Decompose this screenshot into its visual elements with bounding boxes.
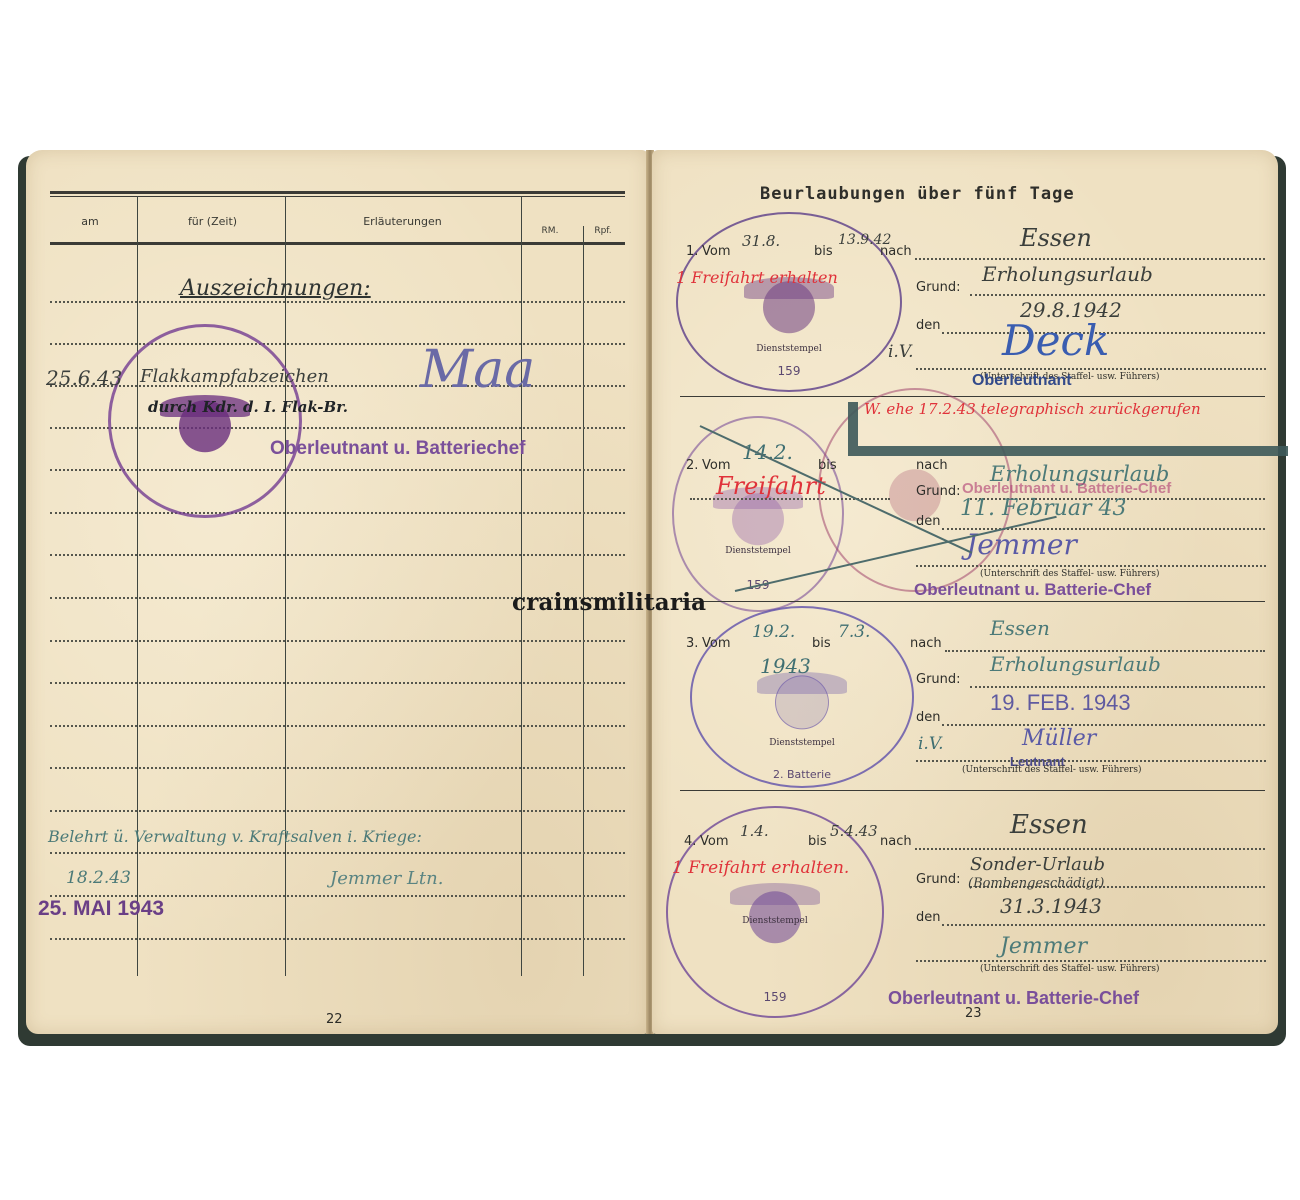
entry-2-signature-line (916, 565, 1266, 567)
entry-2-signature-caption: (Unterschrift des Staffel- usw. Führers) (980, 569, 1159, 579)
entry-1-signature-line (916, 368, 1266, 370)
entry-separator (680, 396, 1265, 397)
entry-2-grund-label: Grund: (916, 484, 961, 499)
entry-3-vom-label: Vom (702, 636, 731, 651)
entry-3-iv: i.V. (918, 734, 944, 754)
entry-4-signature-caption: (Unterschrift des Staffel- usw. Führers) (980, 964, 1159, 974)
stamp-number: 159 (678, 364, 900, 378)
entry-4-bis-label: bis (808, 834, 827, 849)
watermark: crainsmilitaria (512, 589, 706, 616)
entry-1-destination: Essen (1020, 224, 1092, 252)
entry-3-den-label: den (916, 710, 941, 725)
entry-3-grund-label: Grund: (916, 672, 961, 687)
header-rule-top (50, 191, 625, 194)
service-stamp-3: Dienststempel 2. Batterie (690, 606, 914, 788)
entry-3-vom-value: 19.2. (752, 622, 795, 642)
table-row (50, 640, 625, 642)
entry-1-red-note: 1 Freifahrt erhalten (676, 268, 838, 287)
stamp-caption: Dienststempel (668, 916, 882, 926)
entry-2-index: 2. (686, 458, 698, 473)
table-row (50, 938, 625, 940)
column-divider (285, 196, 286, 976)
entry-4-bis-value: 5.4.43 (830, 822, 878, 840)
page-number-right: 23 (965, 1006, 982, 1021)
entry-3-date-stamp: 19. FEB. 1943 (990, 690, 1131, 716)
entry-3-grund-line (970, 686, 1265, 688)
column-header-am: am (60, 215, 120, 228)
page-title: Beurlaubungen über fünf Tage (760, 184, 1075, 204)
entry-3-bis-label: bis (812, 636, 831, 651)
instruction-date: 18.2.43 (66, 868, 131, 888)
swastika-wreath-icon (763, 281, 815, 333)
instruction-note: Belehrt ü. Verwaltung v. Kraftsalven i. … (48, 827, 422, 846)
entry-4-nach-label: nach (880, 834, 912, 849)
award-authority: durch Kdr. d. I. Flak-Br. (148, 398, 348, 416)
stamp-caption: Dienststempel (678, 344, 900, 354)
column-header-fuer-zeit: für (Zeit) (140, 215, 285, 228)
entry-3-year: 1943 (760, 654, 811, 678)
entry-4-den-label: den (916, 910, 941, 925)
table-row (50, 810, 625, 812)
entry-1-nach-label: nach (880, 244, 912, 259)
entry-3-destination: Essen (990, 616, 1050, 640)
entry-1-den-label: den (916, 318, 941, 333)
entry-1-index: 1. (686, 244, 698, 259)
entry-3-den-line (942, 724, 1265, 726)
table-row (50, 554, 625, 556)
entry-1-bis-label: bis (814, 244, 833, 259)
column-header-erlaeuterungen: Erläuterungen (285, 215, 520, 228)
column-header-rm: RM. (520, 226, 580, 236)
stamp-number: 159 (668, 990, 882, 1004)
date-stamp: 25. MAI 1943 (38, 897, 164, 921)
column-divider (137, 196, 138, 976)
awards-heading: Auszeichnungen: (180, 276, 371, 301)
entry-1-vom-label: Vom (702, 244, 731, 259)
officer-signature: Maa (420, 340, 535, 400)
entry-2-date: 11. Februar 43 (960, 496, 1126, 521)
award-date: 25.6.43 (46, 366, 122, 390)
entry-4-index: 4. (684, 834, 696, 849)
entry-4-reason: Sonder-Urlaub (970, 854, 1105, 875)
entry-4-signature: Jemmer (1000, 934, 1087, 959)
entry-3-nach-label: nach (910, 636, 942, 651)
entry-2-vom-label: Vom (702, 458, 731, 473)
entry-2-rank: Oberleutnant u. Batterie-Chef (914, 580, 1151, 600)
table-row (50, 682, 625, 684)
entry-separator (680, 601, 1265, 602)
entry-3-signature: Müller (1022, 726, 1096, 751)
entry-1-iv: i.V. (888, 342, 914, 362)
entry-4-vom-value: 1.4. (740, 822, 769, 840)
instruction-signature: Jemmer Ltn. (330, 868, 443, 889)
entry-4-reason-detail: (Bombengeschädigt) (968, 876, 1104, 891)
column-header-rpf: Rpf. (583, 226, 623, 236)
entry-1-signature: Deck (1002, 316, 1110, 365)
swastika-wreath-icon (775, 675, 829, 729)
entry-4-destination: Essen (1010, 810, 1088, 840)
column-divider (521, 196, 522, 976)
entry-4-den-line (942, 924, 1265, 926)
entry-3-bis-value: 7.3. (838, 622, 870, 642)
entry-1-rank: Oberleutnant (972, 372, 1072, 390)
entry-2-bis-label: bis (818, 458, 837, 473)
entry-4-red-note: 1 Freifahrt erhalten. (672, 858, 849, 878)
entry-1-reason: Erholungsurlaub (982, 262, 1153, 286)
entry-3-signature-line (916, 760, 1266, 762)
entry-1-grund-label: Grund: (916, 280, 961, 295)
entry-3-signature-caption: (Unterschrift des Staffel- usw. Führers) (962, 765, 1141, 775)
stamp-battery: 2. Batterie (692, 768, 912, 781)
entry-4-rank: Oberleutnant u. Batterie-Chef (888, 988, 1139, 1009)
award-name: Flakkampfabzeichen (140, 366, 329, 387)
swastika-wreath-icon (732, 493, 784, 545)
entry-1-nach-line (915, 258, 1265, 260)
table-row (50, 343, 625, 345)
entry-2-rank-stamp-faded: Oberleutnant u. Batterie-Chef (962, 480, 1171, 497)
entry-4-nach-line (915, 848, 1265, 850)
entry-3-index: 3. (686, 636, 698, 651)
entry-4-vom-label: Vom (700, 834, 729, 849)
entry-2-red-recall-note: W. ehe 17.2.43 telegraphisch zurückgeruf… (864, 400, 1201, 418)
entry-1-vom-value: 31.8. (742, 232, 780, 250)
table-row (50, 725, 625, 727)
stamp-caption: Dienststempel (674, 546, 842, 556)
page-number-left: 22 (326, 1012, 343, 1027)
entry-4-date: 31.3.1943 (1000, 894, 1102, 918)
table-row (50, 301, 625, 303)
entry-3-reason: Erholungsurlaub (990, 652, 1161, 676)
entry-2-nach-label: nach (916, 458, 948, 473)
officer-rank-stamp: Oberleutnant u. Batteriechef (270, 438, 526, 460)
entry-4-grund-label: Grund: (916, 872, 961, 887)
entry-separator (680, 790, 1265, 791)
official-round-stamp (108, 324, 302, 518)
table-row (50, 767, 625, 769)
table-row (50, 512, 625, 514)
stamp-caption: Dienststempel (692, 738, 912, 748)
entry-2-vom-value: 14.2. (742, 440, 793, 464)
entry-4-signature-line (916, 960, 1266, 962)
table-row (50, 852, 625, 854)
entry-1-grund-line (970, 294, 1265, 296)
